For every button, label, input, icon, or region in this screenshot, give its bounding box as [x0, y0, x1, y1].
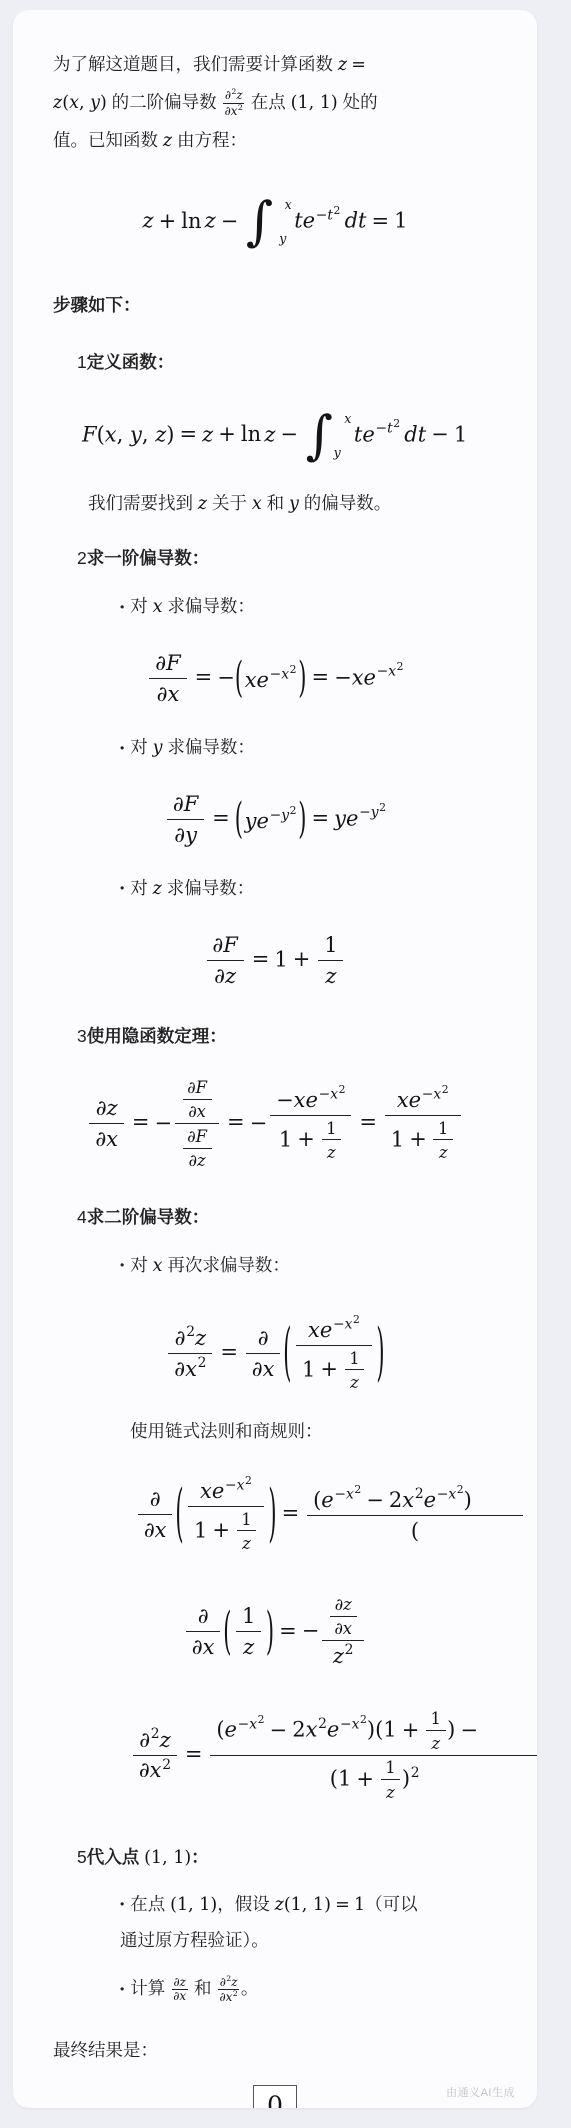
math-pscale: ) [298, 799, 306, 841]
math-frac: ∂F∂z [207, 932, 244, 990]
math-mhi: x [344, 413, 351, 426]
math-mintw: ∫xy [306, 411, 352, 461]
math-mlo: y [274, 233, 292, 246]
math-msup: 2 [393, 419, 400, 430]
math-fnum: ∂z [330, 1594, 357, 1616]
math-msup: −x2 [422, 1085, 449, 1102]
math-mv: y [90, 93, 100, 113]
math-mo: + [159, 209, 177, 233]
math-mu: − [302, 1619, 320, 1643]
equation-final-expression: ∂2z∂x2=(e−x2−2x2e−x2)(1+1z)−(1+1z)2 [13, 1696, 537, 1815]
math-frac: 1z [237, 1509, 257, 1555]
math-msup: 2 [258, 1715, 265, 1726]
math-mu: 2 [415, 1486, 424, 1502]
math-mv: z [386, 1783, 395, 1802]
math-mv: ∂F [187, 1078, 207, 1097]
math-mv: z [431, 1734, 440, 1753]
math-mv: ∂x [192, 1635, 215, 1659]
math-mu: 1 [349, 1349, 359, 1368]
bullet-text: 在点 (1, 1)，假设 z(1, 1)=1（可以通过原方程验证）。 [120, 1894, 418, 1951]
math-mv: dt [404, 422, 426, 446]
math-fden: z2 [322, 1640, 364, 1670]
step-2-title: 2求一阶偏导数： [77, 540, 507, 577]
math-fnum: ∂F∂x [175, 1077, 219, 1123]
math-mo: = [220, 1340, 238, 1364]
math-mv: z [153, 879, 162, 899]
step-5-title: 5代入点 (1, 1)： [77, 1839, 507, 1877]
math-mu: ) [464, 1488, 472, 1512]
math-msup: 2 [233, 1990, 238, 1998]
math-mu: 2 [354, 1483, 361, 1496]
math-mv: dt [345, 209, 367, 233]
inline-math: (1, 1) [170, 1895, 217, 1915]
math-frac: xe−x21+1z [188, 1476, 264, 1554]
math-msup: 2 [360, 1715, 367, 1726]
math-msup: 2 [442, 1085, 449, 1096]
step-3-title: 3使用隐函数定理： [77, 1018, 507, 1055]
math-mo: = [351, 55, 366, 75]
math-fden: z [345, 1369, 365, 1393]
math-fden: 1+1z [296, 1345, 372, 1393]
math-fden: ∂z [207, 960, 244, 990]
math-mu: 2 [238, 103, 243, 112]
bullet-icon: • [120, 876, 124, 901]
math-mu: − [375, 420, 387, 436]
math-mu: − [217, 665, 235, 689]
text-segment: 再次求偏导数： [163, 1255, 290, 1275]
math-frac: ∂2z∂x2 [223, 88, 244, 118]
math-fnum: ∂ [186, 1603, 220, 1631]
text-segment: 和 [262, 493, 289, 513]
math-mv: ∂x [220, 1990, 233, 2004]
math-mv: z [236, 88, 242, 102]
math-mv: z [202, 422, 213, 446]
math-pscale: ) [298, 658, 306, 700]
math-frac: ∂F∂x [183, 1077, 212, 1123]
math-mfn: ln [181, 209, 201, 233]
math-mu: 1 [385, 1758, 395, 1777]
math-fden: 1+1z [188, 1506, 264, 1554]
math-mv: ∂F [187, 1127, 207, 1146]
step-4-title: 4求二阶偏导数： [77, 1199, 507, 1236]
math-mv: z [155, 422, 166, 446]
math-mo: + [356, 1767, 374, 1791]
text-segment: 由方程： [172, 130, 247, 150]
math-mu: − [155, 1110, 173, 1134]
math-fnum: (e−x2−2x2e−x2) [307, 1485, 523, 1515]
equation-d-inverse-z: ∂∂x(1z)=−∂z∂xz2 [13, 1584, 537, 1680]
math-mv: ∂ [225, 88, 231, 102]
math-msup: −x2 [377, 662, 404, 679]
math-msup: −x2 [225, 1476, 252, 1493]
text-segment: 的二阶偏导数 [107, 92, 222, 112]
text-segment: 求偏导数： [163, 596, 255, 616]
bullet-icon: • [120, 1892, 124, 1917]
math-frac: ∂2z∂x2 [133, 1727, 177, 1785]
inline-math: x [252, 494, 262, 514]
math-mv: y [289, 494, 299, 514]
text-segment: 求偏导数： [162, 878, 254, 898]
math-mint: ∫ [246, 197, 273, 247]
math-mu: ) [100, 93, 107, 113]
math-frac: ∂∂x [138, 1486, 172, 1544]
math-pscale: ( [235, 658, 243, 700]
math-mu: 2 [318, 1716, 327, 1732]
math-mo: + [218, 422, 236, 446]
math-mv: x [237, 1477, 245, 1493]
math-mu: − [334, 1486, 346, 1502]
bullet-icon: • [120, 595, 124, 620]
math-mo: − [221, 209, 239, 233]
math-fden: ∂x2 [223, 103, 244, 119]
inline-math: y [153, 738, 163, 758]
bullet-text: 对 y 求偏导数： [130, 737, 255, 757]
math-mo: = [132, 1110, 150, 1134]
math-pscale: ) [376, 1322, 384, 1385]
math-mu: − [377, 664, 389, 680]
bullet-partial-z: •对 z 求偏导数： [120, 871, 515, 908]
math-msup: −x2 [437, 1485, 464, 1502]
bullet-compute: •计算 ∂z∂x 和 ∂2z∂x2。 [120, 1971, 515, 2008]
text-segment: 1 [77, 352, 87, 372]
math-mv: x [448, 1486, 456, 1502]
math-mo: − [280, 422, 298, 446]
math-mlo: y [334, 447, 352, 460]
math-mu: − [359, 805, 371, 821]
text-segment: 在点 [246, 92, 291, 112]
text-segment: 5 [77, 1847, 87, 1867]
math-mv: ∂x [174, 1357, 197, 1381]
text-segment: 我们需要找到 [88, 493, 198, 513]
bullet-partial-y: •对 y 求偏导数： [120, 730, 515, 767]
math-frac: ∂F∂x [149, 650, 186, 708]
math-mu: (1, 1) [144, 1848, 191, 1868]
math-mv: F [82, 422, 97, 446]
inline-math: ∂2z∂x2 [222, 93, 246, 113]
math-mu: 2 [290, 804, 297, 817]
math-mu: − [319, 1086, 331, 1102]
math-mv: ∂z [335, 1595, 352, 1614]
math-frac: ∂z∂x [89, 1095, 123, 1153]
bullet-partial-x-again: •对 x 再次求偏导数： [120, 1248, 515, 1285]
math-msup: −x2 [319, 1085, 346, 1102]
math-mo: = [371, 209, 389, 233]
math-mu: (1, 1) [170, 1895, 217, 1915]
math-msup: 2 [415, 1488, 424, 1502]
math-mv: y [334, 445, 341, 460]
math-mv: z [160, 1728, 171, 1752]
math-mv: x [252, 494, 262, 514]
math-msup: 2 [354, 1485, 361, 1496]
math-fnum: ∂F [149, 650, 186, 678]
math-pscale: ( [283, 1322, 291, 1385]
math-fden: ∂x [183, 1099, 212, 1123]
math-pscale: ( [223, 1607, 231, 1657]
math-mu: 2 [389, 1488, 402, 1512]
math-mo: + [293, 947, 311, 971]
math-mu: 2 [397, 660, 404, 673]
math-mv: e [225, 1718, 237, 1742]
math-fnum: ∂ [138, 1486, 172, 1514]
math-mu: 2 [457, 1483, 464, 1496]
bold-text-segment: 求一阶偏导数： [87, 548, 210, 568]
math-mv: y [281, 808, 289, 824]
math-pscale: ) [266, 1607, 274, 1657]
math-mv: z [439, 1143, 448, 1162]
math-mv: z [275, 1895, 284, 1915]
math-mv: z [243, 1635, 254, 1659]
math-mv: t [387, 420, 393, 436]
math-mv: xe [200, 1479, 224, 1503]
math-fden: ∂x [246, 1353, 280, 1383]
math-fden: ∂x [149, 678, 186, 708]
math-frac: ∂∂x [186, 1603, 220, 1661]
math-mv: ∂z [189, 1151, 206, 1170]
math-msup: 2 [334, 206, 341, 217]
math-mu: 2 [379, 801, 386, 814]
steps-heading: 步骤如下： [53, 287, 507, 324]
math-mpar: (xe−x2) [235, 665, 307, 692]
math-mlims: xy [333, 411, 351, 461]
inline-math: x [153, 1256, 163, 1276]
intro-paragraph: 为了解这道题目，我们需要计算函数 z=z(x, y) 的二阶偏导数 ∂2z∂x2… [53, 46, 507, 159]
math-mv: z [205, 209, 216, 233]
math-msup: −t2 [375, 419, 400, 436]
text-segment: 对 [130, 878, 152, 898]
inline-math: z [198, 494, 207, 514]
math-mv: x [433, 1086, 441, 1102]
math-msup: −x2 [238, 1715, 265, 1732]
math-msup: 2 [457, 1485, 464, 1496]
math-fnum: ∂F [183, 1077, 212, 1099]
bold-text-segment: ： [191, 1847, 209, 1867]
bullet-icon: • [120, 1253, 124, 1278]
math-mlims: xy [273, 197, 291, 247]
math-mv: ∂ [150, 1487, 161, 1511]
math-mu: ( [216, 1718, 224, 1742]
math-mv: x [306, 1718, 318, 1742]
math-mo: + [297, 1127, 315, 1151]
math-mv: ∂x [139, 1758, 162, 1782]
text-segment: 通过原方程验证）。 [120, 1930, 269, 1950]
text-segment: 关于 [207, 493, 252, 513]
math-mu: , [142, 422, 155, 446]
math-mu: 2 [353, 1313, 360, 1326]
math-fden: 1+1z [385, 1115, 461, 1163]
text-segment: 3 [77, 1026, 87, 1046]
text-segment: 使用链式法则和商规则： [130, 1421, 323, 1441]
math-mv: ∂ [198, 1604, 209, 1628]
math-mv: ye [245, 809, 269, 833]
math-pcont: 1z [233, 1603, 264, 1661]
math-mu: 2 [186, 1324, 195, 1340]
math-mv: z [327, 1143, 336, 1162]
text-segment: 对 [130, 596, 152, 616]
math-mu: 2 [292, 1718, 305, 1742]
math-frac: 1z [433, 1118, 453, 1164]
math-mo: = [311, 806, 329, 830]
math-fnum: 1 [236, 1603, 261, 1631]
math-msup: −t2 [316, 206, 341, 223]
math-mv: x [249, 1716, 257, 1732]
math-mpar: (1z) [223, 1603, 274, 1661]
math-mv: ∂x [252, 1357, 275, 1381]
math-mu: 1 [241, 1510, 251, 1529]
math-frac: ∂2z∂x2 [218, 1975, 239, 2005]
math-mv: x [281, 667, 289, 683]
math-fnum: 1 [433, 1118, 453, 1140]
math-frac: ∂F∂z [183, 1126, 212, 1172]
math-mo: − [366, 1488, 384, 1512]
math-frac: 1z [345, 1348, 365, 1394]
math-mo: − [431, 422, 449, 446]
inline-math: z [153, 879, 162, 899]
math-pcont: ye−y2 [245, 806, 297, 833]
math-mu: 1 [354, 1895, 365, 1915]
math-mu: 2 [245, 1474, 252, 1487]
math-mv: x [153, 1256, 163, 1276]
math-mv: x [352, 1716, 360, 1732]
math-mu: ) [402, 1767, 410, 1791]
math-mu: ) [166, 422, 174, 446]
math-msup: 2 [397, 662, 404, 673]
bullet-text: 对 z 求偏导数： [130, 878, 254, 898]
math-mu: 2 [198, 1355, 207, 1371]
math-mu: 2 [345, 1642, 354, 1658]
math-mu: ( [330, 1767, 338, 1791]
math-mv: ∂F [173, 792, 198, 816]
math-mpar: (xe−x21+1z) [175, 1476, 276, 1554]
math-fnum: 1 [345, 1348, 365, 1370]
math-mv: z [325, 964, 336, 988]
math-frac: ∂z∂x [330, 1594, 357, 1640]
math-mo: = [359, 1110, 377, 1134]
text-segment: 对 [130, 1255, 152, 1275]
math-fnum: ∂F [207, 932, 244, 960]
math-mu: 1 [394, 209, 407, 233]
math-mo: = [311, 665, 329, 689]
math-mu: 1 [194, 1518, 207, 1542]
math-frac: ∂F∂y [167, 791, 204, 849]
math-fnum: 1 [318, 932, 343, 960]
text-segment: 的偏导数。 [299, 493, 391, 513]
math-mfn: ln [241, 422, 261, 446]
math-mv: y [371, 805, 379, 821]
math-fden: ∂x2 [218, 1989, 239, 2005]
math-fden: ∂y [167, 819, 204, 849]
math-mu: − [250, 1110, 268, 1134]
math-fden: z [381, 1779, 401, 1803]
math-mint: ∫ [306, 411, 333, 461]
math-mv: e [321, 1488, 333, 1512]
math-pcont: xe−x21+1z [293, 1315, 375, 1393]
math-fden: 1+1z [270, 1115, 351, 1163]
text-segment: 处的 [338, 92, 378, 112]
math-msup: −x2 [333, 1315, 360, 1332]
math-fden: ∂x [330, 1616, 357, 1640]
math-fden: z [433, 1139, 453, 1163]
math-frac: 1z [322, 1118, 342, 1164]
math-fden: z [426, 1730, 446, 1754]
math-pscale: ( [175, 1483, 183, 1546]
math-mv: xe [294, 1088, 318, 1112]
bullet-icon: • [120, 736, 124, 761]
math-mu: 1 [431, 1709, 441, 1728]
bold-text-segment: 使用隐函数定理： [87, 1026, 227, 1046]
math-frac: ∂2z∂x2 [168, 1325, 212, 1383]
math-mv: ∂x [173, 1989, 186, 2003]
math-mu: )( [367, 1718, 383, 1742]
math-frac: ∂z∂xz2 [322, 1594, 364, 1670]
math-fnum: ∂F [167, 791, 204, 819]
math-msup: −x2 [340, 1715, 367, 1732]
math-mo: − [460, 1718, 478, 1742]
math-mv: ∂F [212, 933, 237, 957]
math-mv: ∂x [334, 1619, 352, 1638]
math-fnum: 1 [322, 1118, 342, 1140]
math-msup: 2 [353, 1315, 360, 1326]
math-mo: + [409, 1127, 427, 1151]
text-segment: 2 [77, 548, 87, 568]
math-fnum: ∂2z [223, 88, 244, 103]
math-mo: = [279, 1619, 297, 1643]
equation-dF-dy: ∂F∂y=(ye−y2)=ye−y2 [13, 785, 537, 855]
math-msup: 2 [379, 803, 386, 814]
math-mo: = [185, 1742, 203, 1766]
inline-math: z(x, y) [53, 93, 107, 113]
math-mv: ∂y [174, 823, 197, 847]
text-segment: 求偏导数： [163, 737, 255, 757]
math-frac: 1z [426, 1708, 446, 1754]
math-mv: ∂ [139, 1728, 150, 1752]
math-mv: y [130, 422, 142, 446]
math-msup: −x2 [270, 665, 297, 682]
text-segment: 值。已知函数 [53, 130, 163, 150]
equation-chain-rule: ∂∂x(xe−x21+1z)=(e−x2−2x2e−x2)( [13, 1464, 537, 1566]
equation-define-F: F(x, y, z)=z+lnz−∫xyte−t2dt−1 [13, 399, 537, 473]
math-mv: z [142, 209, 153, 233]
math-fnum: xe−x2 [296, 1315, 372, 1345]
math-mu: 1 [324, 933, 337, 957]
math-mv: x [330, 1086, 338, 1102]
math-mv: z [198, 494, 207, 514]
inline-math: ∂2z∂x2 [216, 1979, 240, 1999]
math-mv: ∂x [188, 1102, 206, 1121]
math-fden: z [318, 960, 343, 990]
math-frac: 1z [236, 1603, 261, 1661]
math-msup: 2 [318, 1718, 327, 1732]
math-mv: x [345, 1316, 353, 1332]
equation-second-derivative: ∂2z∂x2=∂∂x(xe−x21+1z) [13, 1303, 537, 1405]
text-segment: ，假设 [217, 1894, 274, 1914]
math-mu: 2 [258, 1713, 265, 1726]
math-mo: = [195, 665, 213, 689]
math-mv: ∂F [155, 651, 180, 675]
math-fden: z [237, 1530, 257, 1554]
math-mv: t [327, 207, 333, 223]
math-mu: 1 [326, 1119, 336, 1138]
math-mu: 1 [302, 1357, 315, 1381]
math-msup: 2 [339, 1085, 346, 1096]
math-mu: 2 [411, 1765, 420, 1781]
math-frac: (e−x2−2x2e−x2)(1+1z)−(1+1z)2 [210, 1708, 537, 1803]
math-fden: z [322, 1139, 342, 1163]
equation-implicit-theorem: ∂z∂x=−∂F∂x∂F∂z=−−xe−x21+1z=xe−x21+1z [13, 1071, 537, 1178]
math-mv: x [388, 664, 396, 680]
note-chain-rule: 使用链式法则和商规则： [130, 1413, 507, 1450]
math-mbox: 0 [253, 2085, 296, 2108]
math-msup: 2 [151, 1728, 160, 1742]
